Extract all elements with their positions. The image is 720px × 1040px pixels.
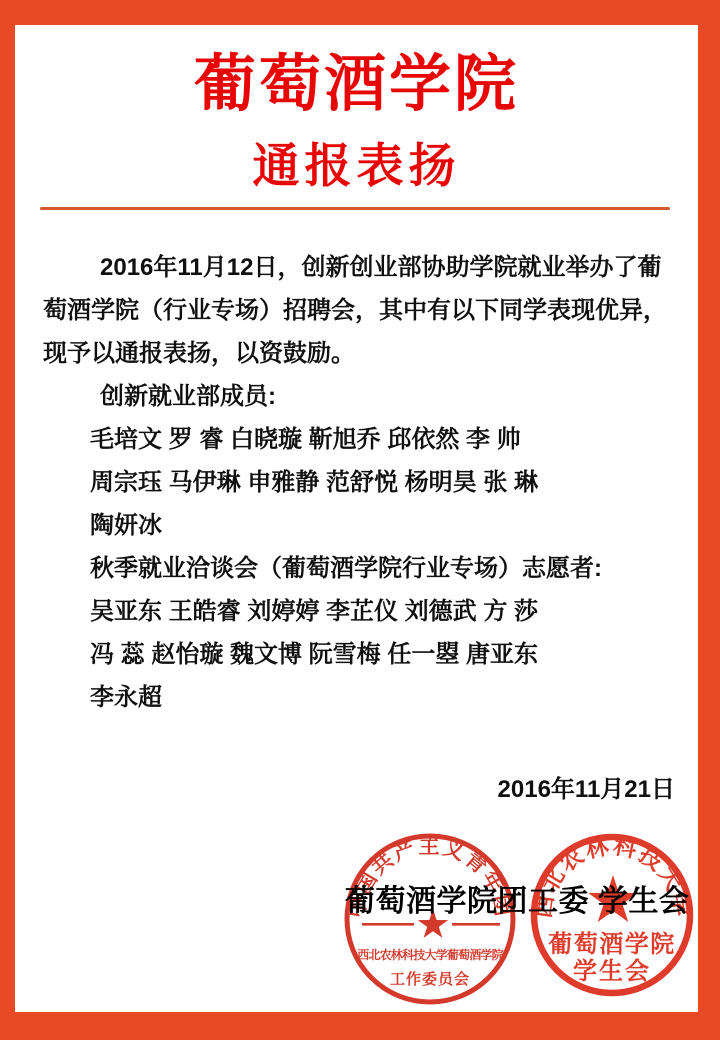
notice-paper: 葡萄酒学院 通报表扬 2016年11月12日，创新创业部协助学院就业举办了葡 萄… — [15, 25, 698, 1012]
body-line-names: 毛培文 罗 睿 白晓璇 靳旭乔 邱依然 李 帅 — [43, 418, 683, 461]
page-subtitle: 通报表扬 — [15, 139, 698, 195]
body-line: 2016年11月12日，创新创业部协助学院就业举办了葡 — [43, 246, 683, 289]
youth-league-stamp: 中国共产主义青年团 西北农林科技大学葡萄酒学院 工作委员会 — [342, 831, 518, 1007]
body-line-names: 周宗珏 马伊琳 申雅静 范舒悦 杨明昊 张 琳 — [43, 461, 683, 504]
body-line-names: 吴亚东 王皓睿 刘婷婷 李芷仪 刘德武 方 莎 — [43, 590, 683, 633]
body-line: 萄酒学院（行业专场）招聘会，其中有以下同学表现优异， — [43, 289, 683, 332]
notice-page-frame: 葡萄酒学院 通报表扬 2016年11月12日，创新创业部协助学院就业举办了葡 萄… — [0, 0, 720, 1040]
stamp-org-line2: 工作委员会 — [390, 970, 470, 988]
body-line-section-label: 创新就业部成员: — [43, 375, 683, 418]
star-side-line — [452, 923, 500, 926]
divider-line — [40, 207, 670, 210]
body-line-section-label: 秋季就业洽谈会（葡萄酒学院行业专场）志愿者: — [43, 547, 683, 590]
body-line-names: 冯 蕊 赵怡璇 魏文博 阮雪梅 任一曌 唐亚东 — [43, 633, 683, 676]
star-side-line — [362, 923, 414, 926]
stamp-org-line1: 西北农林科技大学葡萄酒学院 — [357, 947, 504, 962]
body-line-names: 李永超 — [43, 676, 683, 719]
signature-line: 葡萄酒学院团工委 学生会 — [345, 885, 689, 919]
stamp-org-line1: 葡萄酒学院 — [548, 931, 676, 958]
date-line: 2016年11月21日 — [43, 768, 685, 811]
notice-body: 2016年11月12日，创新创业部协助学院就业举办了葡 萄酒学院（行业专场）招聘… — [43, 246, 683, 719]
body-line-names: 陶妍冰 — [43, 504, 683, 547]
page-title: 葡萄酒学院 — [15, 51, 698, 119]
stamp-org-line2: 学生会 — [573, 957, 651, 985]
body-line: 现予以通报表扬，以资鼓励。 — [43, 332, 683, 375]
